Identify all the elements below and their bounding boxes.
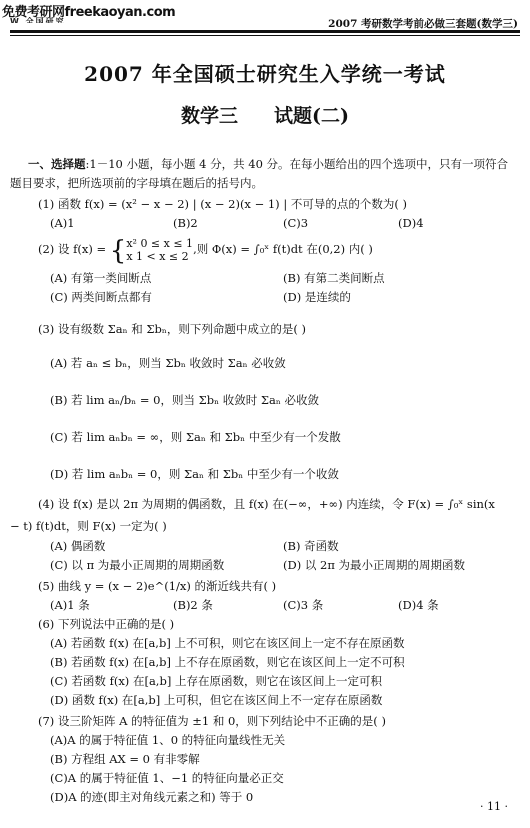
q4-stem-line2: − t) f(t)dt，则 F(x) 一定为( ) <box>10 517 167 535</box>
q4-option-d: (D) 以 2π 为最小正周期的周期函数 <box>283 556 465 574</box>
q5-option-d: (D)4 条 <box>398 596 439 614</box>
q6-option-c: (C) 若函数 f(x) 在[a,b] 上存在原函数，则它在该区间上一定可积 <box>50 672 382 690</box>
q6-option-a: (A) 若函数 f(x) 在[a,b] 上不可积，则它在该区间上一定不存在原函数 <box>50 634 404 652</box>
q1-option-c: (C)3 <box>283 214 308 232</box>
piecewise-cases: x² 0 ≤ x ≤ 1x 1 < x ≤ 2 <box>126 237 193 263</box>
q4-option-b: (B) 奇函数 <box>283 537 339 555</box>
q4-option-a: (A) 偶函数 <box>50 537 105 555</box>
logo-strip: W 全国研究 <box>10 17 66 23</box>
q1-stem: (1) 函数 f(x) = (x² − x − 2) | (x − 2)(x −… <box>38 195 407 213</box>
q4-option-c: (C) 以 π 为最小正周期的周期函数 <box>50 556 224 574</box>
q3-stem: (3) 设有级数 Σaₙ 和 Σbₙ，则下列命题中成立的是( ) <box>38 320 306 338</box>
q7-option-a: (A)A 的属于特征值 1、0 的特征向量线性无关 <box>50 731 285 749</box>
q3-option-b: (B) 若 lim aₙ/bₙ = 0，则当 Σbₙ 收敛时 Σaₙ 必收敛 <box>50 391 319 409</box>
q5-option-c: (C)3 条 <box>283 596 323 614</box>
paper-label: 试题(二) <box>274 105 349 127</box>
q5-option-a: (A)1 条 <box>50 596 90 614</box>
q2-stem: (2) 设 f(x) = {x² 0 ≤ x ≤ 1x 1 < x ≤ 2,则 … <box>38 237 373 263</box>
q2-option-d: (D) 是连续的 <box>283 288 351 306</box>
q3-option-a: (A) 若 aₙ ≤ bₙ，则当 Σbₙ 收敛时 Σaₙ 必收敛 <box>50 354 286 372</box>
header-rule-thick <box>10 30 520 33</box>
exam-subtitle: 数学三试题(二) <box>0 101 530 128</box>
q6-stem: (6) 下列说法中正确的是( ) <box>38 615 174 633</box>
q7-option-b: (B) 方程组 AX = 0 有非零解 <box>50 750 200 768</box>
subject-label: 数学三 <box>181 105 238 127</box>
q6-option-d: (D) 函数 f(x) 在[a,b] 上可积，但它在该区间上不一定存在原函数 <box>50 691 382 709</box>
q1-option-b: (B)2 <box>173 214 198 232</box>
page-number: · 11 · <box>480 800 508 813</box>
section-instructions-2: 题目要求，把所选项前的字母填在题后的括号内。 <box>10 174 263 192</box>
q5-stem: (5) 曲线 y = (x − 2)e^(1/x) 的渐近线共有( ) <box>38 577 276 595</box>
q6-option-b: (B) 若函数 f(x) 在[a,b] 上不存在原函数，则它在该区间上一定不可积 <box>50 653 405 671</box>
header-rule-thin <box>10 35 520 36</box>
q3-option-d: (D) 若 lim aₙbₙ = 0，则 Σaₙ 和 Σbₙ 中至少有一个收敛 <box>50 465 339 483</box>
q7-option-d: (D)A 的迹(即主对角线元素之和) 等于 0 <box>50 788 253 806</box>
q5-option-b: (B)2 条 <box>173 596 213 614</box>
q2-option-b: (B) 有第二类间断点 <box>283 269 385 287</box>
q7-stem: (7) 设三阶矩阵 A 的特征值为 ±1 和 0，则下列结论中不正确的是( ) <box>38 712 386 730</box>
q4-stem-line1: (4) 设 f(x) 是以 2π 为周期的偶函数，且 f(x) 在(−∞，+∞)… <box>38 495 495 513</box>
q2-option-a: (A) 有第一类间断点 <box>50 269 151 287</box>
q7-option-c: (C)A 的属于特征值 1、−1 的特征向量必正交 <box>50 769 284 787</box>
q1-option-d: (D)4 <box>398 214 424 232</box>
exam-title: 2007 年全国硕士研究生入学统一考试 <box>0 58 530 87</box>
piecewise-brace: { <box>110 236 127 266</box>
section-heading-line: 一、选择题:1－10 小题，每小题 4 分，共 40 分。在每小题给出的四个选项… <box>28 155 508 173</box>
section-instructions-1: :1－10 小题，每小题 4 分，共 40 分。在每小题给出的四个选项中，只有一… <box>86 157 509 171</box>
q2-option-c: (C) 两类间断点都有 <box>50 288 152 306</box>
section-heading: 一、选择题 <box>28 157 86 171</box>
running-head: 2007 考研数学考前必做三套题(数学三) <box>328 16 518 31</box>
q1-option-a: (A)1 <box>50 214 75 232</box>
q3-option-c: (C) 若 lim aₙbₙ = ∞，则 Σaₙ 和 Σbₙ 中至少有一个发散 <box>50 428 341 446</box>
